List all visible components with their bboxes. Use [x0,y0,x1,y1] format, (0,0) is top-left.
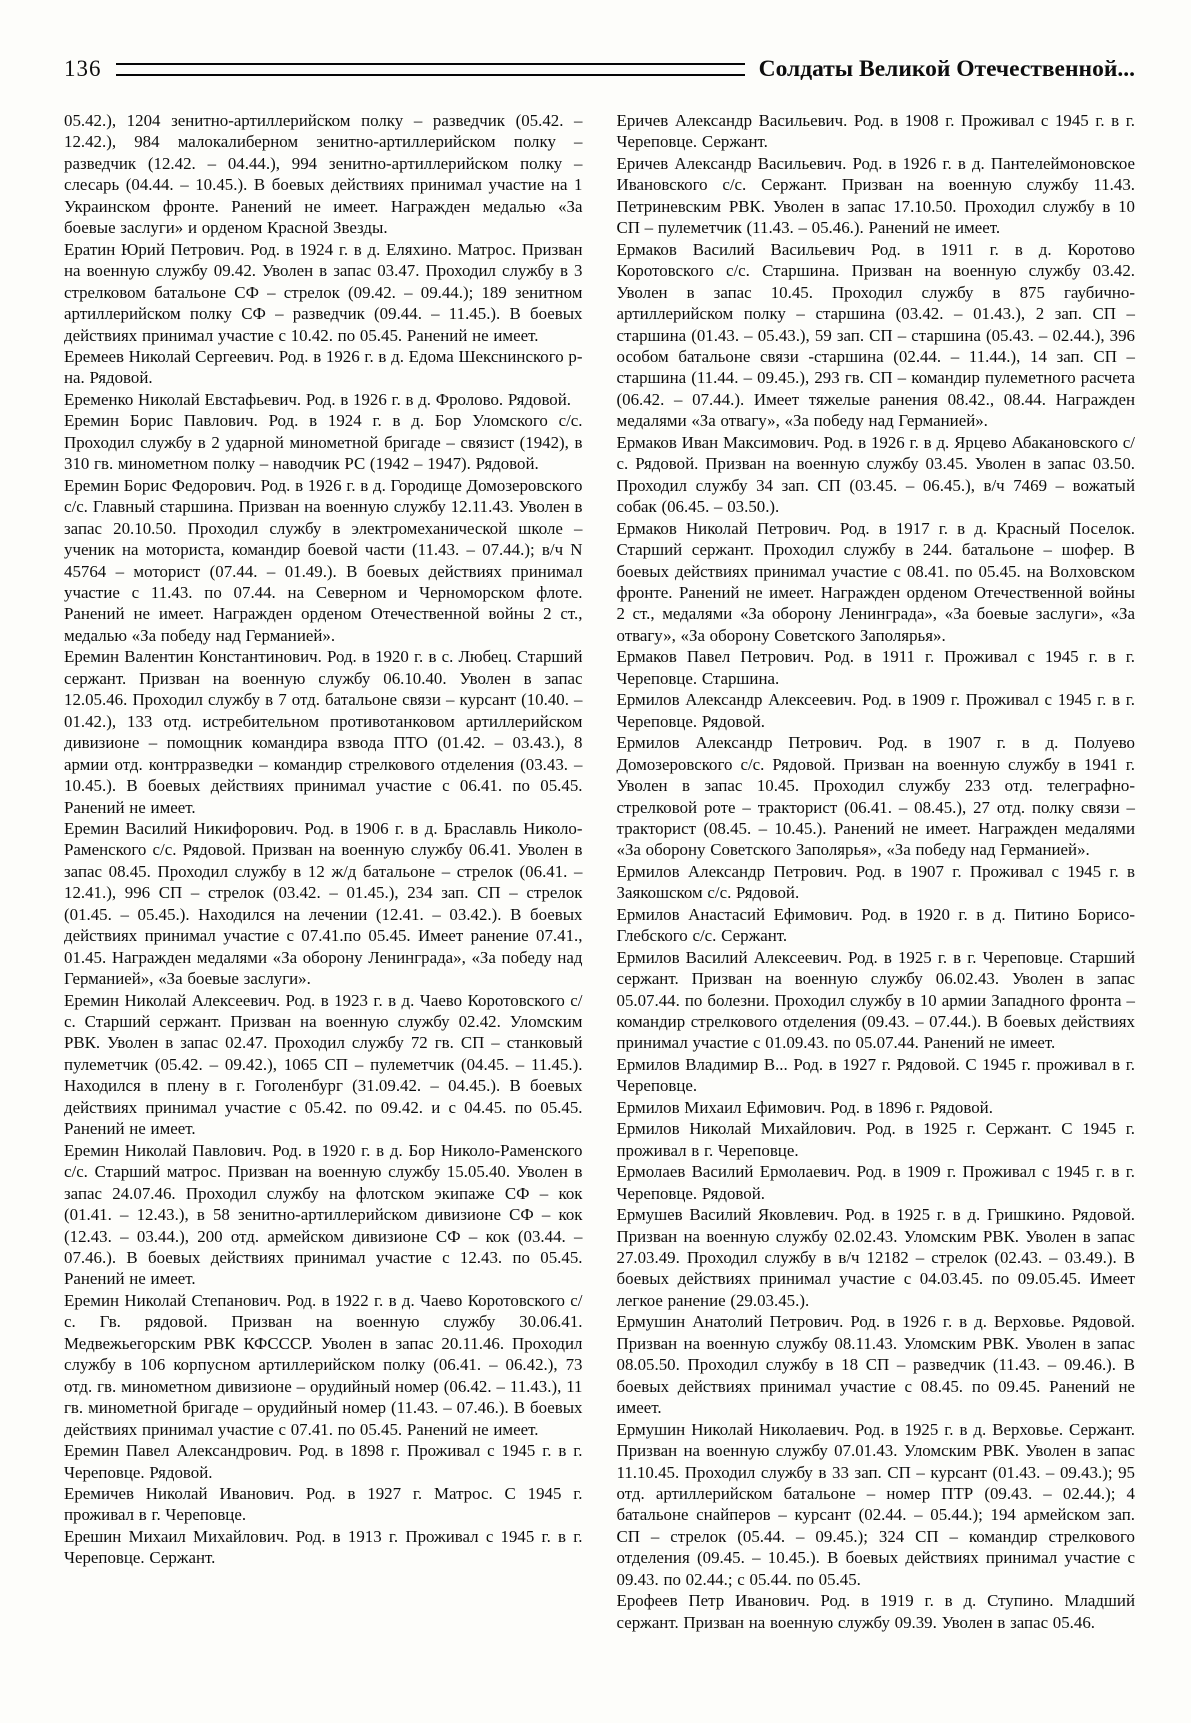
page-header: 136 Солдаты Великой Отечественной... [64,52,1135,86]
entry-paragraph: Еремичев Николай Иванович. Род. в 1927 г… [64,1483,583,1526]
entry-paragraph: Еременко Николай Евстафьевич. Род. в 192… [64,389,583,410]
entry-paragraph: Еричев Александр Васильевич. Род. в 1926… [617,153,1136,239]
entry-paragraph: Ермилов Анастасий Ефимович. Род. в 1920 … [617,904,1136,947]
entry-paragraph: Еремеев Николай Сергеевич. Род. в 1926 г… [64,346,583,389]
entry-paragraph: Ермилов Владимир В... Род. в 1927 г. Ряд… [617,1054,1136,1097]
entry-paragraph: Ермилов Александр Алексеевич. Род. в 190… [617,689,1136,732]
entry-paragraph: Еричев Александр Васильевич. Род. в 1908… [617,110,1136,153]
entry-paragraph: Еремин Павел Александрович. Род. в 1898 … [64,1440,583,1483]
entry-paragraph: Ермилов Михаил Ефимович. Род. в 1896 г. … [617,1097,1136,1118]
entry-paragraph: Ерофеев Петр Иванович. Род. в 1919 г. в … [617,1590,1136,1633]
entry-paragraph: Ератин Юрий Петрович. Род. в 1924 г. в д… [64,239,583,346]
entry-paragraph: Еремин Николай Алексеевич. Род. в 1923 г… [64,990,583,1140]
entry-paragraph: Ермилов Александр Петрович. Род. в 1907 … [617,732,1136,861]
header-rule [116,63,745,76]
entry-paragraph: Ермушев Василий Яковлевич. Род. в 1925 г… [617,1204,1136,1311]
book-page: 136 Солдаты Великой Отечественной... 05.… [0,0,1191,1723]
entry-paragraph: Ермаков Николай Петрович. Род. в 1917 г.… [617,518,1136,647]
entry-paragraph: Еремин Борис Федорович. Род. в 1926 г. в… [64,475,583,647]
entry-paragraph: Ермушин Анатолий Петрович. Род. в 1926 г… [617,1311,1136,1418]
entry-paragraph: Еремин Валентин Константинович. Род. в 1… [64,646,583,818]
header-title: Солдаты Великой Отечественной... [755,56,1135,83]
right-column: Еричев Александр Васильевич. Род. в 1908… [617,110,1136,1633]
entry-paragraph: Ермаков Иван Максимович. Род. в 1926 г. … [617,432,1136,518]
entry-paragraph: Ермаков Павел Петрович. Род. в 1911 г. П… [617,646,1136,689]
entry-paragraph: Еремин Николай Павлович. Род. в 1920 г. … [64,1140,583,1290]
entry-paragraph: Ермилов Николай Михайлович. Род. в 1925 … [617,1118,1136,1161]
entry-paragraph: 05.42.), 1204 зенитно-артиллерийском пол… [64,110,583,239]
entry-paragraph: Ерешин Михаил Михайлович. Род. в 1913 г.… [64,1526,583,1569]
entry-paragraph: Еремин Борис Павлович. Род. в 1924 г. в … [64,410,583,474]
page-number: 136 [64,56,106,82]
entry-paragraph: Еремин Василий Никифорович. Род. в 1906 … [64,818,583,990]
entry-paragraph: Еремин Николай Степанович. Род. в 1922 г… [64,1290,583,1440]
entry-paragraph: Ермаков Василий Васильевич Род. в 1911 г… [617,239,1136,432]
entry-paragraph: Ермилов Александр Петрович. Род. в 1907 … [617,861,1136,904]
entry-paragraph: Ермолаев Василий Ермолаевич. Род. в 1909… [617,1161,1136,1204]
entry-paragraph: Ермушин Николай Николаевич. Род. в 1925 … [617,1419,1136,1591]
left-column: 05.42.), 1204 зенитно-артиллерийском пол… [64,110,583,1633]
text-body: 05.42.), 1204 зенитно-артиллерийском пол… [64,110,1135,1633]
entry-paragraph: Ермилов Василий Алексеевич. Род. в 1925 … [617,947,1136,1054]
